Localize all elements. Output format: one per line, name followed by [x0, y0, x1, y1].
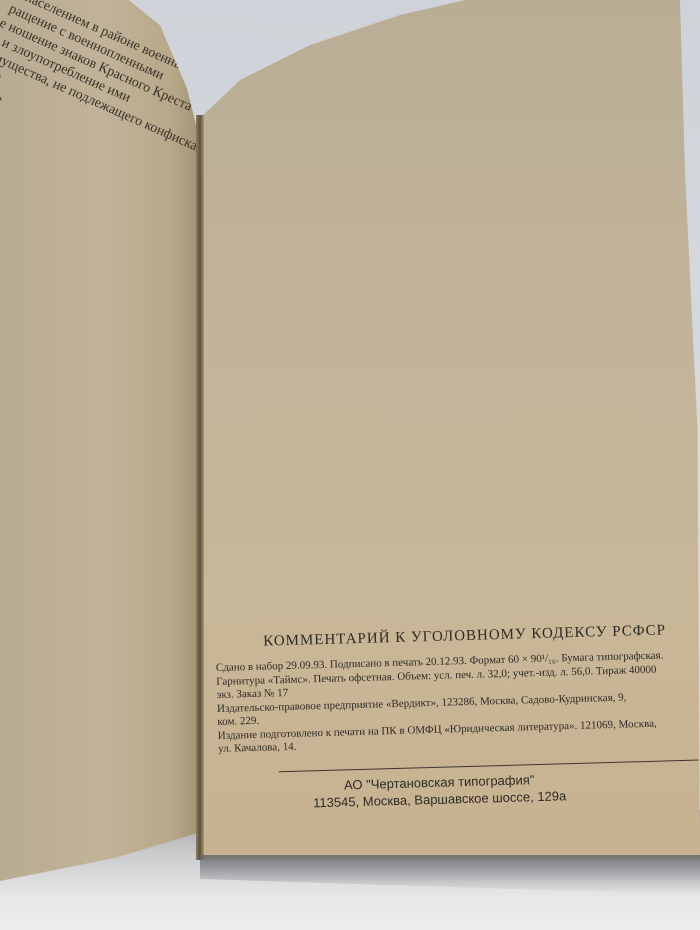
book-photo-scene: населением в районе военных действий ращ… [0, 0, 700, 930]
publication-details: Сдано в набор 29.09.93. Подписано в печа… [216, 648, 700, 756]
left-page-text: населением в районе военных действий ращ… [0, 0, 221, 285]
book-spine [196, 115, 204, 860]
colophon: КОММЕНТАРИЙ К УГОЛОВНОМУ КОДЕКСУ РСФСР С… [215, 621, 700, 813]
left-page: населением в районе военных действий ращ… [0, 0, 205, 885]
